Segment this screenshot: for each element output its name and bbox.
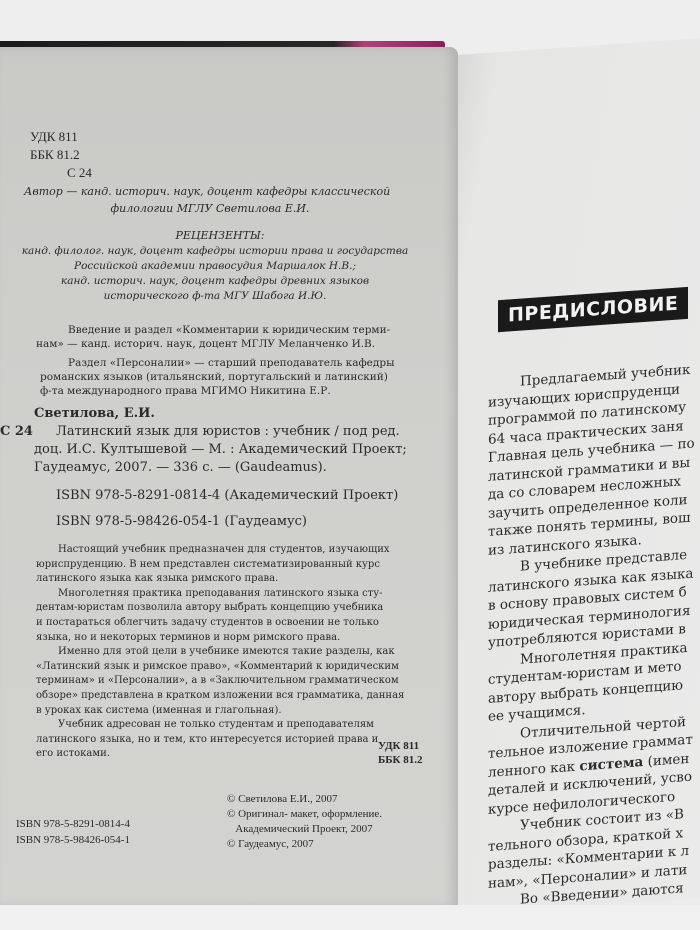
author-note-line: филологии МГЛУ Светилова Е.И. [0,202,420,216]
udk-code: УДК 811 [30,130,78,144]
copyright-line: © Оригинал- макет, оформление. [227,807,382,821]
right-page-preface: ПРЕДИСЛОВИЕ Предлагаемый учебникизучающи… [458,37,700,915]
author-note-line: Автор — канд. историч. наук, доцент кафе… [24,185,390,199]
contributor-line: ф-та международного права МГИМО Никитина… [40,384,331,398]
footer-udk: УДК 811 [378,739,419,753]
author-sign: С 24 [67,166,92,180]
catalog-author: Светилова, Е.И. [34,407,155,421]
table-surface [0,905,700,930]
isbn-line: ISBN 978-5-98426-054-1 (Гаудеамус) [56,515,307,529]
catalog-entry-line: доц. И.С. Култышевой — М. : Академически… [34,443,407,457]
abstract-line: юриспруденцию. В нем представлен система… [36,558,380,572]
catalog-sign: С 24 [0,425,33,439]
reviewer-line: исторического ф-та МГУ Шабога И.Ю. [0,289,430,303]
abstract-line: терминам» и «Персоналии», а в «Заключите… [36,674,399,688]
abstract-line: латинского языка как языка римского прав… [36,572,278,586]
abstract-line: в уроках как система (именная и глагольн… [36,704,282,718]
copyright-line: © Гаудеамус, 2007 [227,837,314,851]
footer-bbk: ББК 81.2 [378,753,423,767]
abstract-line: латинского языка, но и тем, кто интересу… [36,733,378,747]
catalog-entry-line: Гаудеамус, 2007. — 336 с. — (Gaudeamus). [34,461,327,475]
abstract-line: его истоками. [36,747,110,761]
copyright-line: Академический Проект, 2007 [227,822,373,836]
abstract-line: обзоре» представлена в кратком изложении… [36,689,404,703]
abstract-line: дентам-юристам позволила автору выбрать … [36,601,383,615]
contributor-line: Введение и раздел «Комментарии к юридиче… [68,323,390,337]
reviewer-line: канд. историч. наук, доцент кафедры древ… [0,274,430,288]
abstract-line: Многолетняя практика преподавания латинс… [58,587,383,601]
contributor-line: романских языков (итальянский, португаль… [40,370,388,384]
catalog-entry-line: Латинский язык для юристов : учебник / п… [56,425,400,439]
bbk-code: ББК 81.2 [30,148,80,162]
contributor-line: нам» — канд. историч. наук, доцент МГЛУ … [36,337,375,351]
abstract-line: языка, но и некоторых терминов и норм ри… [36,631,340,645]
preface-heading: ПРЕДИСЛОВИЕ [498,287,688,332]
isbn-line: ISBN 978-5-8291-0814-4 (Академический Пр… [56,489,398,503]
abstract-line: и постараться облегчить задачу студентов… [36,616,379,630]
footer-isbn: ISBN 978-5-8291-0814-4 [16,817,130,831]
abstract-line: «Латинский язык и римское право», «Комме… [36,660,399,674]
abstract-line: Настоящий учебник предназначен для студе… [58,543,390,557]
reviewer-line: Российской академии правосудия Маршалок … [0,259,430,273]
footer-isbn: ISBN 978-5-98426-054-1 [16,833,130,847]
abstract-line: Учебник адресован не только студентам и … [58,718,374,732]
left-page-imprint: УДК 811 ББК 81.2 С 24 Автор — канд. исто… [0,47,458,907]
contributor-line: Раздел «Персоналии» — старший преподават… [68,356,394,370]
abstract-line: Именно для этой цели в учебнике имеются … [58,645,395,659]
reviewer-line: канд. филолог. наук, доцент кафедры исто… [0,244,430,258]
copyright-line: © Светилова Е.И., 2007 [227,792,337,806]
reviewers-title: РЕЦЕНЗЕНТЫ: [0,229,440,243]
